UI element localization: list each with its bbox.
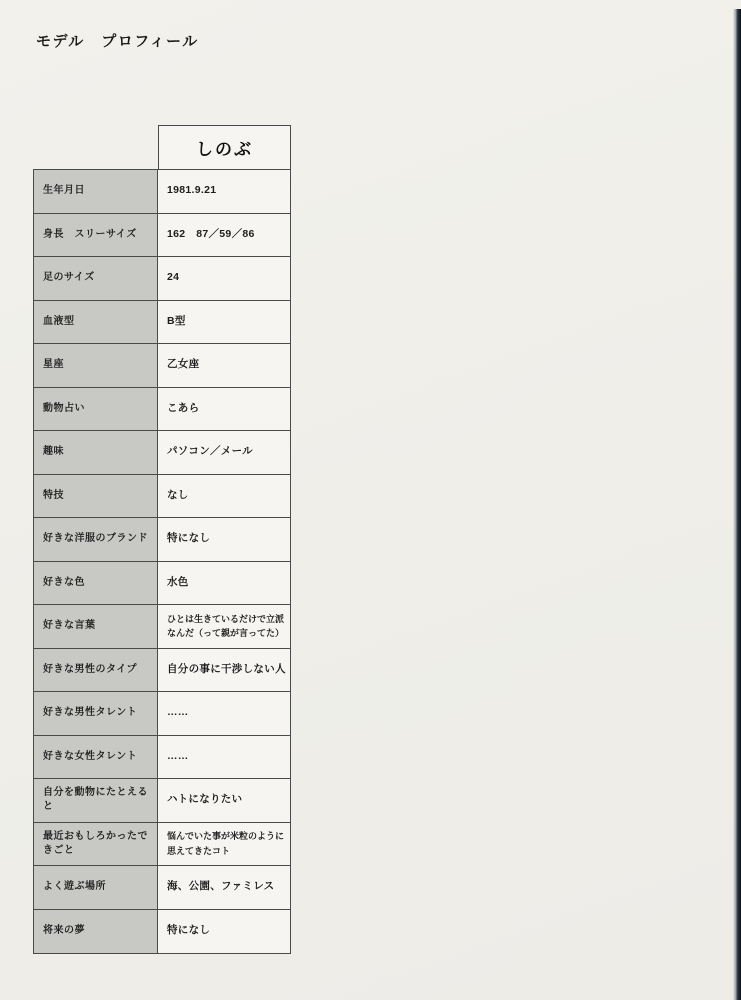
table-row: 身長 スリーサイズ 162 87／59／86	[34, 214, 290, 258]
row-value: 悩んでいた事が米粒のように思えてきたコト	[158, 823, 290, 866]
table-row: 好きな洋服のブランド 特になし	[34, 518, 290, 562]
table-row: 生年月日 1981.9.21	[34, 170, 290, 214]
row-label: 好きな女性タレント	[34, 736, 158, 779]
row-label: 星座	[34, 344, 158, 387]
table-row: よく遊ぶ場所 海、公園、ファミレス	[34, 866, 290, 910]
row-value: パソコン／メール	[158, 431, 290, 474]
row-value: 海、公園、ファミレス	[158, 866, 290, 909]
row-label: 好きな男性のタイプ	[34, 649, 158, 692]
table-row: 好きな男性タレント ……	[34, 692, 290, 736]
row-value: ……	[158, 736, 290, 779]
row-value: B型	[158, 301, 290, 344]
table-row: 動物占い こあら	[34, 388, 290, 432]
table-row: 最近おもしろかったできごと 悩んでいた事が米粒のように思えてきたコト	[34, 823, 290, 867]
table-row: 好きな男性のタイプ 自分の事に干渉しない人	[34, 649, 290, 693]
model-name-header: しのぶ	[158, 125, 291, 169]
table-row: 特技 なし	[34, 475, 290, 519]
row-label: 好きな男性タレント	[34, 692, 158, 735]
profile-table: しのぶ 生年月日 1981.9.21 身長 スリーサイズ 162 87／59／8…	[33, 125, 291, 954]
table-row: 血液型 B型	[34, 301, 290, 345]
row-value: 乙女座	[158, 344, 290, 387]
row-label: 身長 スリーサイズ	[34, 214, 158, 257]
row-label: 生年月日	[34, 170, 158, 213]
row-label: 血液型	[34, 301, 158, 344]
row-value: こあら	[158, 388, 290, 431]
row-label: 将来の夢	[34, 910, 158, 954]
row-label: 動物占い	[34, 388, 158, 431]
table-row: 足のサイズ 24	[34, 257, 290, 301]
row-label: 好きな言葉	[34, 605, 158, 648]
row-value: なし	[158, 475, 290, 518]
scanned-page: モデル プロフィール しのぶ 生年月日 1981.9.21 身長 スリーサイズ …	[0, 0, 741, 1000]
table-row: 趣味 パソコン／メール	[34, 431, 290, 475]
row-label: 自分を動物にたとえると	[34, 779, 158, 822]
row-label: 特技	[34, 475, 158, 518]
row-label: 足のサイズ	[34, 257, 158, 300]
page-edge-shadow	[733, 9, 741, 1000]
row-value: 162 87／59／86	[158, 214, 290, 257]
table-row: 好きな女性タレント ……	[34, 736, 290, 780]
row-value: ……	[158, 692, 290, 735]
row-value: 特になし	[158, 518, 290, 561]
table-row: 将来の夢 特になし	[34, 910, 290, 954]
table-row: 好きな色 水色	[34, 562, 290, 606]
row-label: 最近おもしろかったできごと	[34, 823, 158, 866]
page-title: モデル プロフィール	[36, 30, 199, 51]
row-value: 水色	[158, 562, 290, 605]
row-value: 特になし	[158, 910, 290, 954]
row-value: 24	[158, 257, 290, 300]
row-label: よく遊ぶ場所	[34, 866, 158, 909]
table-body: 生年月日 1981.9.21 身長 スリーサイズ 162 87／59／86 足の…	[33, 169, 291, 954]
table-row: 星座 乙女座	[34, 344, 290, 388]
row-value: ハトになりたい	[158, 779, 290, 822]
row-value: 自分の事に干渉しない人	[158, 649, 290, 692]
table-row: 自分を動物にたとえると ハトになりたい	[34, 779, 290, 823]
row-label: 好きな色	[34, 562, 158, 605]
row-value: ひとは生きているだけで立派なんだ（って親が言ってた）	[158, 605, 290, 648]
table-row: 好きな言葉 ひとは生きているだけで立派なんだ（って親が言ってた）	[34, 605, 290, 649]
row-label: 好きな洋服のブランド	[34, 518, 158, 561]
row-value: 1981.9.21	[158, 170, 290, 213]
row-label: 趣味	[34, 431, 158, 474]
table-header-row: しのぶ	[33, 125, 291, 169]
